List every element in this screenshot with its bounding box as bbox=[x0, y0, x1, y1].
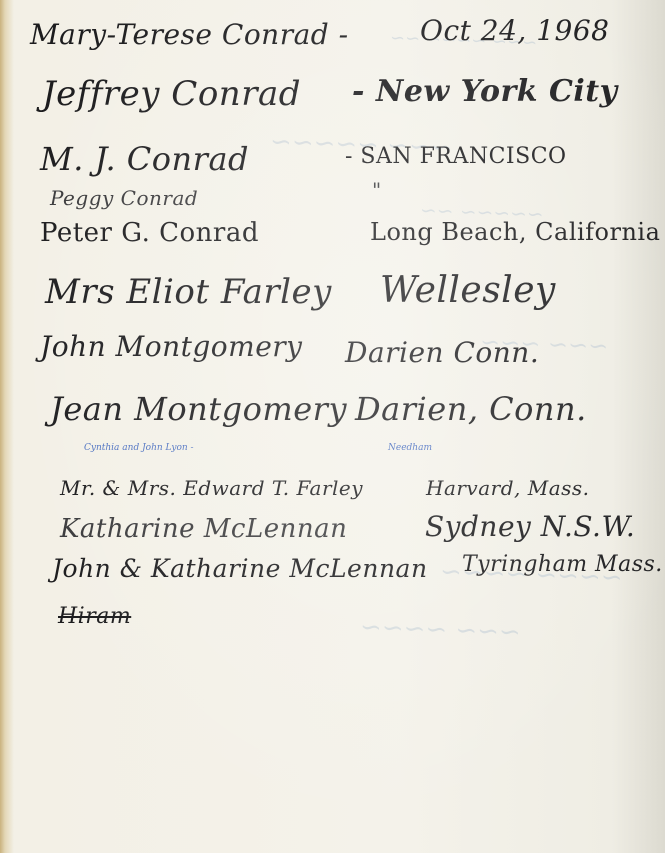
guest-location: Oct 24, 1968 bbox=[420, 14, 609, 47]
guest-location: Needham bbox=[388, 443, 432, 453]
guest-location: Darien Conn. bbox=[345, 336, 539, 369]
guest-location: Tyringham Mass. bbox=[462, 552, 663, 577]
guest-name: Peggy Conrad bbox=[50, 186, 198, 210]
guest-location: " bbox=[372, 178, 382, 202]
guest-name: Hiram bbox=[58, 604, 131, 629]
guest-location: Darien, Conn. bbox=[355, 390, 587, 428]
guest-name: Jeffrey Conrad bbox=[42, 74, 301, 114]
guest-name: Cynthia and John Lyon - bbox=[84, 443, 194, 453]
guest-name: Katharine McLennan bbox=[60, 514, 347, 544]
guestbook-page: ~~~ ~~~~ ~~ ~~~ ~~~~~ ~~~~~ ~~ ~~~ ~~~ ~… bbox=[0, 0, 665, 853]
bleed-through-text: ~~~ ~~~~ bbox=[360, 612, 522, 648]
guest-location: Sydney N.S.W. bbox=[425, 510, 635, 543]
guest-name: Mary-Terese Conrad - bbox=[30, 18, 349, 51]
guest-name: John & Katharine McLennan bbox=[52, 554, 428, 583]
guest-location: - New York City bbox=[352, 74, 618, 109]
guest-location: Long Beach, California bbox=[370, 218, 660, 246]
guest-location: - San Francisco bbox=[345, 144, 567, 169]
guest-name: John Montgomery bbox=[40, 330, 302, 363]
guest-location: Harvard, Mass. bbox=[426, 476, 590, 500]
guest-name: Jean Montgomery bbox=[50, 390, 347, 428]
guest-name: M. J. Conrad bbox=[40, 140, 249, 178]
guest-name: Mr. & Mrs. Edward T. Farley bbox=[60, 476, 363, 500]
guest-location: Wellesley bbox=[380, 270, 556, 311]
guest-name: Mrs Eliot Farley bbox=[45, 272, 332, 312]
guest-name: Peter G. Conrad bbox=[40, 218, 259, 248]
